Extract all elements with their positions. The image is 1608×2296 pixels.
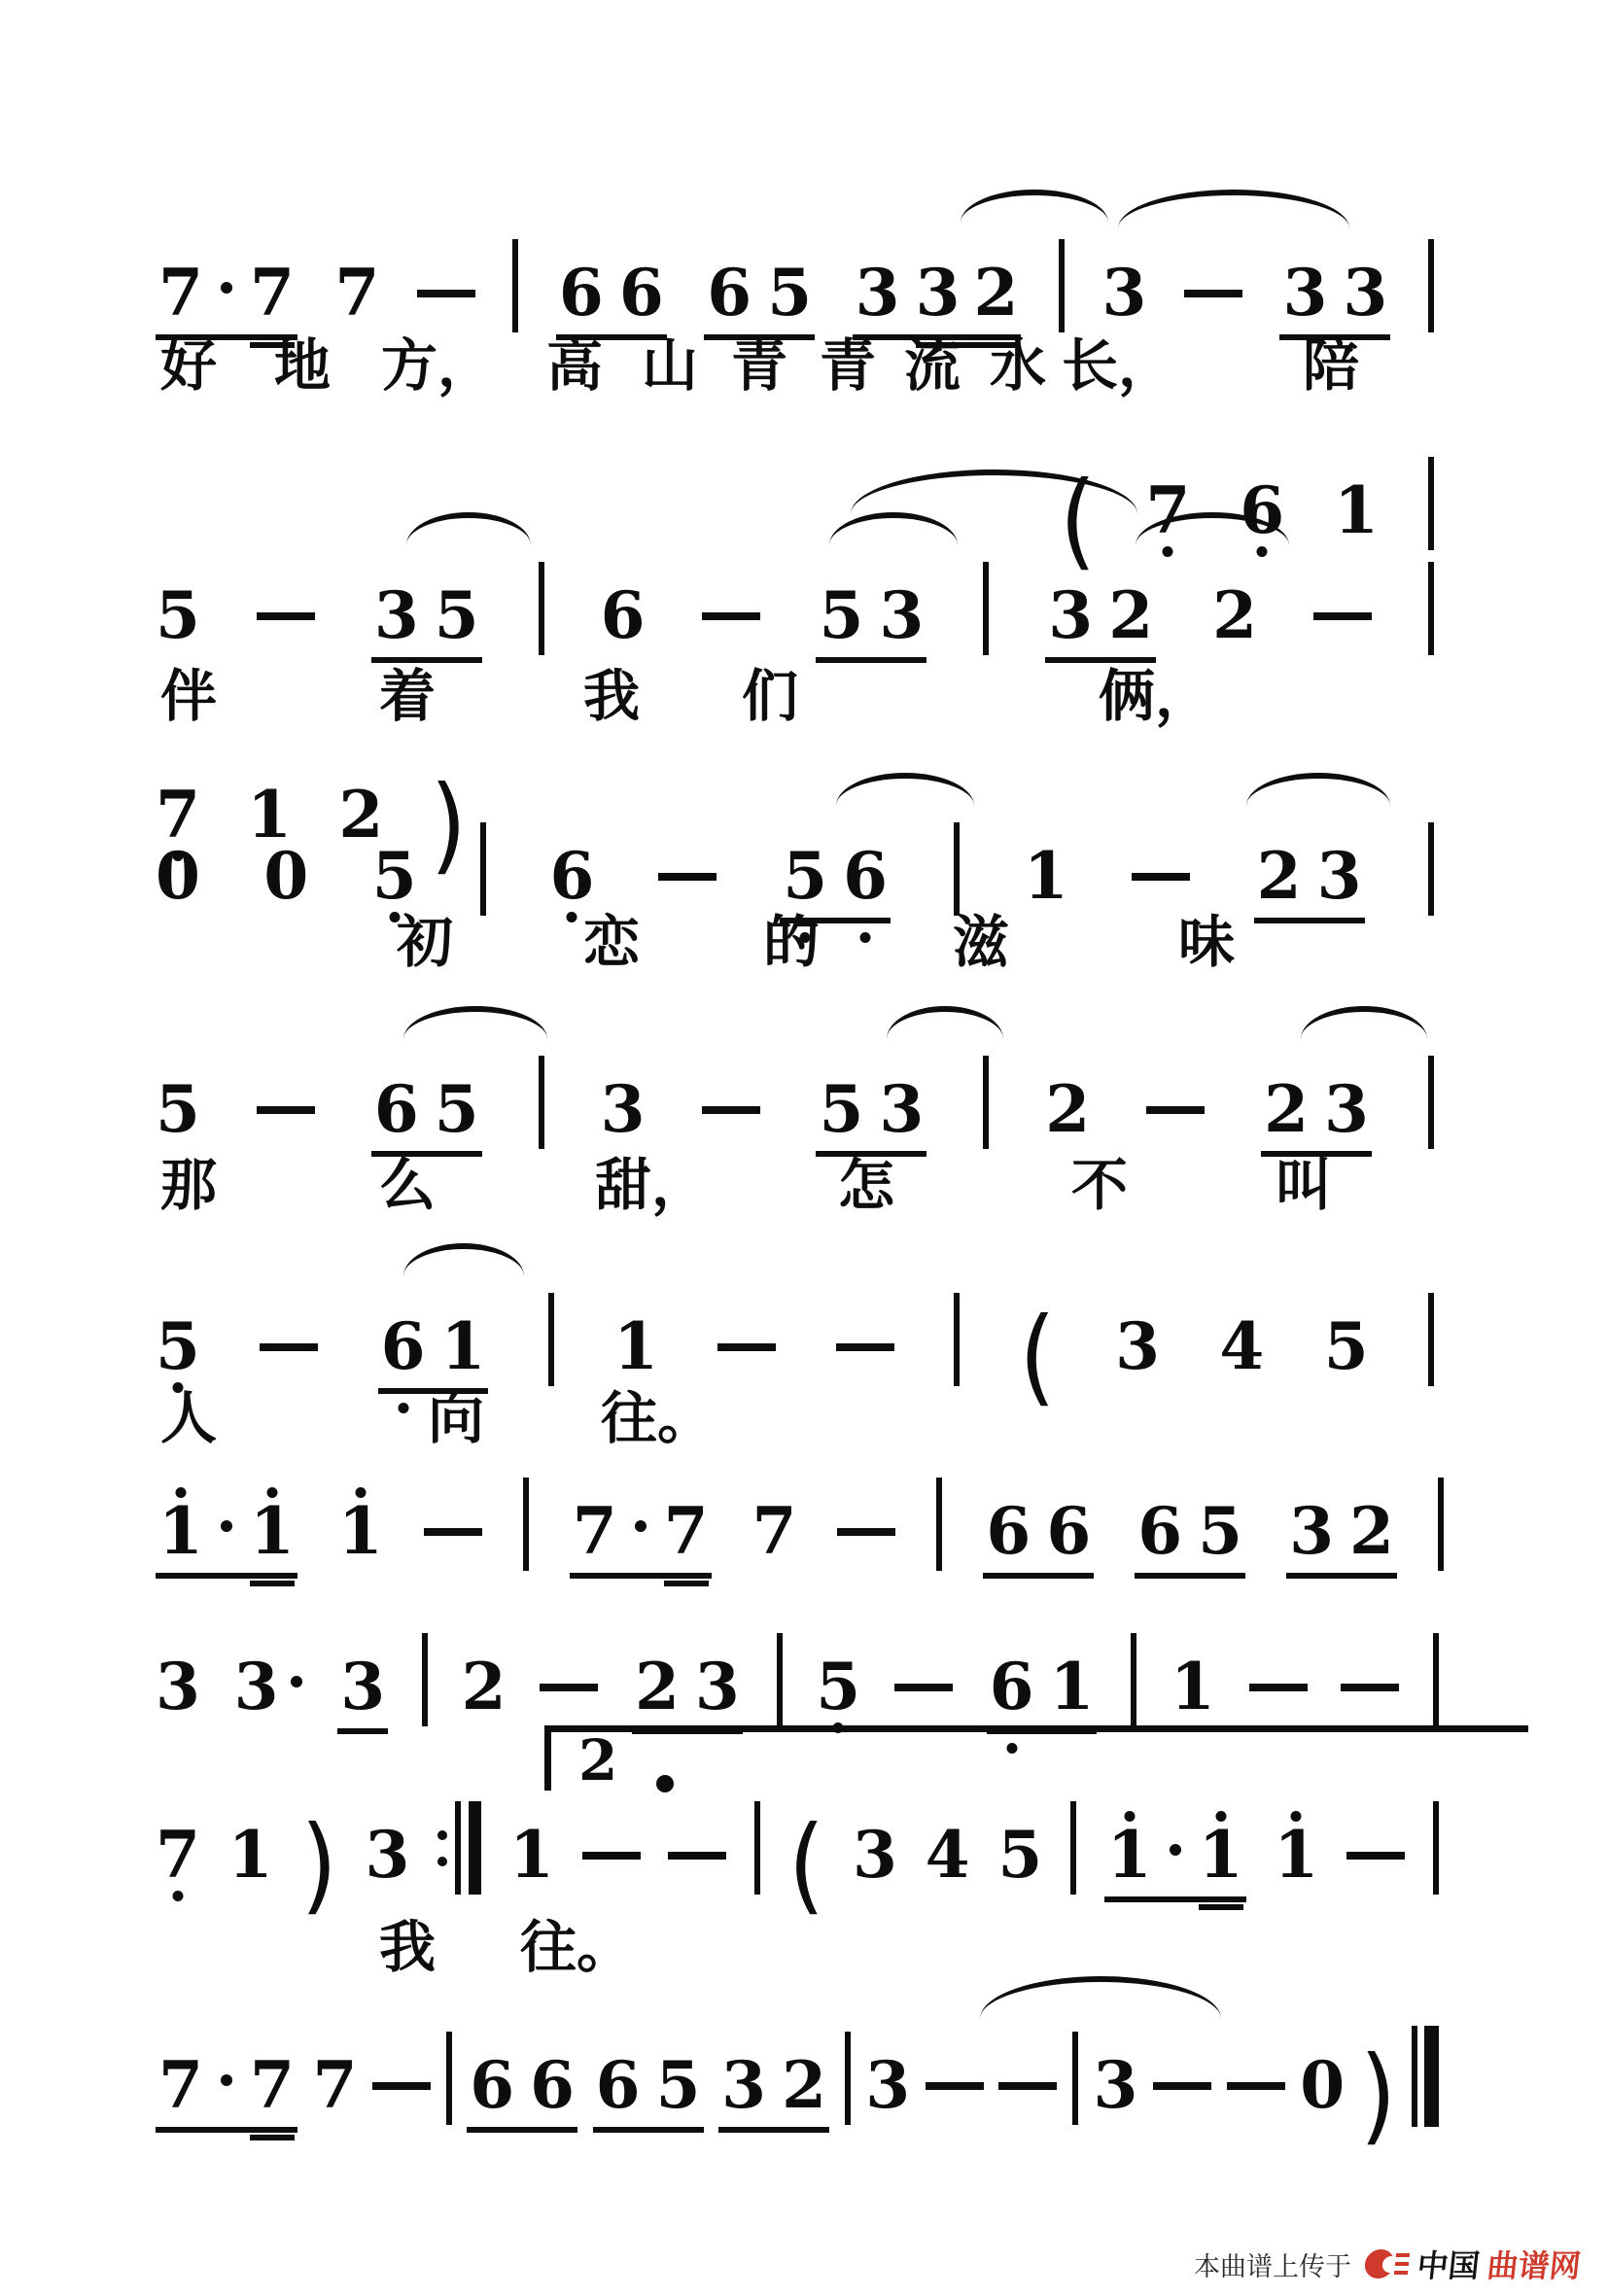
barline	[1072, 2032, 1078, 2125]
note: 5	[783, 844, 827, 908]
note-digit: 7	[158, 2047, 203, 2123]
sheet-music-page: 本曲谱上传于 中国 曲谱网 7776665332333好地方，高山青青流水长，陪…	[0, 0, 1608, 2296]
note-digit: 2	[635, 1649, 680, 1724]
barline	[983, 562, 989, 655]
note: 5	[1198, 1499, 1242, 1563]
note-digit: 7	[752, 1493, 797, 1569]
note: 7	[664, 1499, 709, 1563]
note-digit: 5	[372, 838, 417, 914]
lyric-syllable: 我	[379, 1917, 436, 1979]
note-digit: 6	[530, 2047, 575, 2123]
note: 6	[619, 261, 664, 325]
note: 1	[1334, 478, 1379, 542]
note: 3	[865, 2053, 910, 2117]
octave-dot-high-icon	[266, 1487, 277, 1498]
logo-icon	[1363, 2247, 1412, 2280]
parenthesis: (	[1019, 1320, 1055, 1392]
note: 5	[816, 1654, 860, 1719]
notation-line-8: 71)31(345111	[156, 1803, 1439, 1887]
note: 6	[530, 2053, 575, 2117]
note: 7	[156, 1823, 200, 1887]
note-digit: 0	[1300, 2047, 1345, 2123]
duration-dash-icon	[1153, 2082, 1211, 2090]
note: 6	[596, 2053, 641, 2117]
lyrics-line-4: 那么甜，怎不叫	[0, 1155, 1608, 1225]
duration-dash-icon	[582, 1852, 641, 1860]
note: 6	[843, 844, 888, 908]
octave-dot-low-icon	[1163, 546, 1173, 557]
note: 2	[1108, 583, 1153, 647]
beam-group: 32	[1286, 1499, 1397, 1579]
note: 7	[158, 2053, 203, 2117]
note-digit: 3	[853, 1817, 897, 1893]
beam-group: 11	[1104, 1823, 1246, 1902]
lyrics-line-1: 好地方，高山青青流水长，陪	[0, 335, 1608, 405]
logo-disc	[1363, 2249, 1395, 2279]
note-digit: 5	[156, 1308, 200, 1384]
barline	[1428, 822, 1434, 916]
beam-group: 53	[816, 583, 926, 663]
note: 3	[1115, 1314, 1160, 1378]
logo-line	[1396, 2253, 1410, 2257]
rest-note: 0	[156, 844, 200, 908]
barline	[539, 562, 544, 655]
duration-dash-icon	[836, 1343, 894, 1351]
note: 3	[1102, 261, 1147, 325]
slur-arc	[1246, 773, 1390, 806]
note-digit: 6	[843, 838, 888, 914]
note: 6	[707, 261, 752, 325]
note-digit: 2	[1108, 577, 1153, 653]
repeat-end-sign	[437, 1801, 481, 1895]
barline	[422, 1633, 428, 1726]
notation-line-4: 565353223	[156, 1058, 1434, 1141]
note: 5	[819, 583, 863, 647]
duration-dash-icon	[717, 1343, 776, 1351]
note-digit: 1	[338, 1493, 383, 1569]
duration-dot-icon	[221, 282, 232, 294]
sub-beam-group: 7	[664, 1499, 709, 1563]
note-digit: 2	[1257, 838, 1302, 914]
note: 5	[156, 1077, 200, 1141]
upload-note: 本曲谱上传于	[1194, 2245, 1351, 2283]
note-digit: 6	[381, 1308, 426, 1384]
lyric-syllable: 向	[428, 1388, 484, 1450]
note: 1	[1107, 1823, 1152, 1887]
note-digit: 3	[879, 1071, 924, 1147]
note-digit: 6	[1137, 1493, 1182, 1569]
barline	[1059, 239, 1065, 332]
notation-line-2: 535653322	[156, 564, 1434, 647]
volta-label: 2	[578, 1732, 617, 1789]
beam-group: 66	[556, 261, 667, 340]
note-digit: 5	[997, 1817, 1042, 1893]
lyric-syllable: 不	[1071, 1155, 1128, 1217]
note-digit: 3	[1343, 255, 1387, 330]
lyrics-line-5: 人向往。	[0, 1388, 1608, 1458]
note-digit: 1	[613, 1308, 658, 1384]
notation-line-7: 3332235611	[156, 1635, 1439, 1719]
beam-group: 66	[467, 2053, 577, 2133]
slur-arc	[829, 512, 958, 545]
note-digit: 4	[1219, 1308, 1264, 1384]
note: 5	[435, 1077, 479, 1141]
duration-dash-icon	[1313, 612, 1372, 620]
note-digit: 2	[462, 1649, 507, 1724]
note: 2	[1045, 1077, 1090, 1141]
barline	[777, 1633, 783, 1726]
beam-group: 32	[1045, 583, 1156, 663]
note: 3	[601, 1077, 646, 1141]
note-digit: 7	[664, 1493, 709, 1569]
notation-line-5: 5611(345	[156, 1295, 1434, 1378]
duration-dash-icon	[1132, 873, 1190, 881]
lyric-syllable: 青	[731, 335, 787, 398]
duration-dash-icon	[260, 1343, 318, 1351]
note-digit: 7	[156, 1817, 200, 1893]
volta-dot-icon	[656, 1775, 674, 1792]
note-digit: 3	[1102, 255, 1147, 330]
lyric-syllable: 往。	[520, 1917, 633, 1979]
beam-group: 11	[156, 1499, 297, 1579]
note: 1	[441, 1314, 486, 1378]
lyric-syllable: 的	[763, 912, 820, 974]
note: 6	[470, 2053, 514, 2117]
duration-dash-icon	[1249, 1684, 1308, 1691]
note-digit: 5	[1198, 1493, 1242, 1569]
note-digit: 6	[559, 255, 604, 330]
lyric-syllable: 初	[397, 912, 453, 974]
lyric-syllable: 叫	[1276, 1155, 1332, 1217]
note: 3	[234, 1654, 279, 1719]
note-digit: 6	[596, 2047, 641, 2123]
note: 3	[916, 261, 961, 325]
note: 5	[435, 583, 479, 647]
barline	[1433, 1801, 1439, 1895]
note-digit: 1	[1050, 1649, 1095, 1724]
duration-dot-icon	[635, 1520, 647, 1532]
note: 6	[1137, 1499, 1182, 1563]
beam-group: 32	[718, 2053, 829, 2133]
duration-dot-icon	[221, 1520, 232, 1532]
note-digit: 6	[986, 1493, 1031, 1569]
note: 3	[879, 583, 924, 647]
note: 5	[767, 261, 812, 325]
barline	[845, 2032, 851, 2125]
note-digit: 1	[1199, 1817, 1243, 1893]
rest-note: 0	[1300, 2053, 1345, 2117]
note: 1	[613, 1314, 658, 1378]
note-digit: 3	[721, 2047, 766, 2123]
barline	[1131, 1633, 1136, 1726]
note-digit: 1	[1171, 1649, 1215, 1724]
barline	[754, 1801, 760, 1895]
duration-dash-icon	[926, 2082, 984, 2090]
lyric-syllable: 方，	[381, 335, 494, 398]
note: 1	[228, 1823, 273, 1887]
note-digit: 3	[695, 1649, 740, 1724]
slur-arc	[961, 190, 1108, 223]
duration-dash-icon	[1184, 290, 1242, 297]
note-digit: 6	[1046, 1493, 1091, 1569]
note: 6	[990, 1654, 1034, 1719]
notation-line-1: 7776665332333	[156, 241, 1434, 325]
notation-line-3: 005656123	[156, 824, 1434, 908]
note-digit: 5	[783, 838, 827, 914]
lyric-syllable: 我	[583, 666, 640, 728]
note-digit: 5	[1324, 1308, 1369, 1384]
note: 7	[250, 2053, 295, 2117]
lyric-syllable: 好	[160, 335, 217, 398]
duration-dash-icon	[894, 1684, 953, 1691]
lyric-syllable: 流	[904, 335, 961, 398]
note-digit: 1	[1274, 1817, 1318, 1893]
note-digit: 7	[573, 1493, 617, 1569]
beam-group: 53	[816, 1077, 926, 1157]
volta-bracket: 2	[544, 1725, 1528, 1791]
note: 7	[312, 2053, 357, 2117]
note-digit: 1	[441, 1308, 486, 1384]
logo-line	[1395, 2262, 1409, 2266]
sub-beam-group: 1	[250, 1499, 295, 1563]
note-digit: 3	[156, 1649, 200, 1724]
lyric-syllable: 水	[990, 335, 1046, 398]
note-digit: 5	[156, 577, 200, 653]
note: 3	[374, 583, 419, 647]
sub-beam-group: 7	[250, 2053, 295, 2117]
note: 2	[635, 1654, 680, 1719]
note: 6	[381, 1314, 426, 1378]
beam-group: 77	[156, 2053, 297, 2133]
beam-group: 65	[371, 1077, 482, 1157]
note-digit: 5	[435, 1071, 479, 1147]
octave-dot-high-icon	[1291, 1811, 1302, 1822]
slur-arc	[836, 773, 974, 806]
duration-dash-icon	[257, 1106, 315, 1114]
site-logo: 中国 曲谱网	[1363, 2242, 1584, 2286]
note: 3	[856, 261, 900, 325]
note-digit: 3	[856, 255, 900, 330]
note: 3	[1317, 844, 1362, 908]
barline	[446, 2032, 452, 2125]
slur-arc	[403, 1243, 524, 1276]
lyric-syllable: 青	[820, 335, 876, 398]
barline	[954, 822, 960, 916]
octave-dot-high-icon	[355, 1487, 366, 1498]
barline	[936, 1478, 942, 1571]
beam-group: 35	[371, 583, 482, 663]
note: 5	[819, 1077, 863, 1141]
note: 5	[1324, 1314, 1369, 1378]
note: 1	[1171, 1654, 1215, 1719]
note-digit: 3	[340, 1649, 385, 1724]
note-digit: 3	[916, 255, 961, 330]
lyric-syllable: 怎	[838, 1155, 894, 1217]
note: 3	[1048, 583, 1093, 647]
note: 5	[156, 583, 200, 647]
duration-dash-icon	[417, 290, 475, 297]
note: 2	[1257, 844, 1302, 908]
lyric-syllable: 着	[379, 666, 436, 728]
duration-dash-icon	[257, 612, 315, 620]
barline	[1428, 457, 1434, 550]
note: 6	[986, 1499, 1031, 1563]
barline	[539, 1056, 544, 1149]
lyric-syllable: 么	[379, 1155, 436, 1217]
beam-group: 61	[987, 1654, 1098, 1734]
note: 4	[1219, 1314, 1264, 1378]
lyrics-line-8: 我往。	[0, 1917, 1608, 1987]
note-digit: 0	[263, 838, 308, 914]
final-barline	[1412, 2026, 1439, 2127]
duration-dash-icon	[1227, 2082, 1285, 2090]
duration-dash-icon	[702, 612, 760, 620]
note: 3	[1343, 261, 1387, 325]
note: 3	[340, 1654, 385, 1719]
footer: 本曲谱上传于 中国 曲谱网	[1194, 2242, 1581, 2286]
lyric-syllable: 山	[642, 335, 698, 398]
note-digit: 2	[974, 255, 1019, 330]
lyric-syllable: 高	[546, 335, 603, 398]
note-digit: 3	[1282, 255, 1327, 330]
lyric-syllable: 们	[742, 666, 798, 728]
duration-dash-icon	[424, 1528, 482, 1536]
note: 1	[338, 1499, 383, 1563]
note: 7	[752, 1499, 797, 1563]
note-digit: 4	[926, 1817, 970, 1893]
note-digit: 6	[990, 1649, 1034, 1724]
octave-dot-low-icon	[1257, 546, 1268, 557]
duration-dash-icon	[998, 2082, 1057, 2090]
duration-dash-icon	[540, 1684, 598, 1691]
note: 1	[509, 1823, 554, 1887]
note: 3	[1094, 2053, 1138, 2117]
slur-arc	[406, 512, 531, 545]
note: 7	[158, 261, 203, 325]
note-digit: 1	[1107, 1817, 1152, 1893]
barline	[954, 1293, 960, 1386]
barline	[1070, 1801, 1076, 1895]
note: 2	[1349, 1499, 1394, 1563]
barline	[1428, 239, 1434, 332]
lyric-syllable: 人	[160, 1388, 217, 1450]
notation-line-6: 111777666532	[156, 1479, 1444, 1563]
duration-dash-icon	[658, 873, 717, 881]
barline	[480, 822, 486, 916]
duration-dash-icon	[372, 2082, 431, 2090]
lyric-syllable: 味	[1178, 912, 1235, 974]
duration-dash-icon	[668, 1852, 726, 1860]
note-cluster: 3	[234, 1654, 304, 1719]
note: 6	[559, 261, 604, 325]
note-digit: 7	[158, 255, 203, 330]
sub-beam-group: 32	[916, 261, 1019, 325]
sub-beam-group: 1	[1199, 1823, 1243, 1887]
note-digit: 5	[819, 1071, 863, 1147]
beam-group: 65	[704, 261, 815, 340]
note-digit: 7	[334, 255, 379, 330]
note-digit: 1	[250, 1493, 295, 1569]
duration-dot-icon	[221, 2074, 232, 2086]
note-digit: 3	[1317, 838, 1362, 914]
note: 3	[721, 2053, 766, 2117]
barline	[1438, 1478, 1444, 1571]
note: 3	[366, 1823, 410, 1887]
note: 6	[601, 583, 646, 647]
note: 5	[372, 844, 417, 908]
note-digit: 5	[656, 2047, 701, 2123]
barline	[523, 1478, 529, 1571]
rest-note: 0	[263, 844, 308, 908]
slur-arc	[403, 1006, 547, 1039]
note: 2	[1264, 1077, 1309, 1141]
duration-dash-icon	[837, 1528, 895, 1536]
note: 3	[879, 1077, 924, 1141]
duration-dot-icon	[291, 1676, 302, 1687]
note: 1	[1274, 1823, 1318, 1887]
lyric-syllable: 俩，	[1099, 666, 1211, 728]
note: 7	[334, 261, 379, 325]
note-digit: 2	[782, 2047, 826, 2123]
duration-dash-icon	[1146, 1106, 1205, 1114]
note-digit: 3	[234, 1649, 279, 1724]
note-digit: 2	[1349, 1493, 1394, 1569]
note-digit: 3	[879, 577, 924, 653]
note-digit: 2	[1264, 1071, 1309, 1147]
note-digit: 6	[549, 838, 594, 914]
beam-group: 65	[593, 2053, 704, 2133]
lyric-syllable: 陪	[1303, 335, 1359, 398]
octave-dot-high-icon	[175, 1487, 186, 1498]
note-digit: 7	[250, 255, 295, 330]
note-digit: 3	[1324, 1071, 1369, 1147]
duration-dot-icon	[1170, 1844, 1181, 1856]
note-digit: 3	[1094, 2047, 1138, 2123]
lyric-syllable: 滋	[953, 912, 1009, 974]
note-digit: 7	[250, 2047, 295, 2123]
octave-dot-low-icon	[172, 1891, 183, 1901]
note-digit: 2	[1212, 577, 1257, 653]
sub-beam-group: 7	[250, 261, 295, 325]
note-digit: 6	[601, 577, 646, 653]
slur-arc	[1301, 1006, 1427, 1039]
note-digit: 2	[1045, 1071, 1090, 1147]
note-digit: 3	[865, 2047, 910, 2123]
note-digit: 6	[470, 2047, 514, 2123]
note: 3	[156, 1654, 200, 1719]
note-digit: 1	[228, 1817, 273, 1893]
note-digit: 6	[707, 255, 752, 330]
beam-group: 3	[337, 1654, 388, 1734]
note: 6	[1046, 1499, 1091, 1563]
note-digit: 5	[819, 577, 863, 653]
note-digit: 3	[374, 577, 419, 653]
note: 5	[656, 2053, 701, 2117]
parenthesis: (	[788, 1828, 824, 1900]
note-digit: 3	[1048, 577, 1093, 653]
note-digit: 6	[619, 255, 664, 330]
barline	[1428, 1056, 1434, 1149]
beam-group: 65	[1135, 1499, 1245, 1579]
lyric-syllable: 伴	[160, 666, 217, 728]
lyric-syllable: 长，	[1062, 335, 1174, 398]
note-digit: 3	[366, 1817, 410, 1893]
note: 7	[250, 261, 295, 325]
note: 1	[1199, 1823, 1243, 1887]
note-digit: 5	[435, 577, 479, 653]
barline	[983, 1056, 989, 1149]
lyric-syllable: 甜，	[595, 1155, 708, 1217]
